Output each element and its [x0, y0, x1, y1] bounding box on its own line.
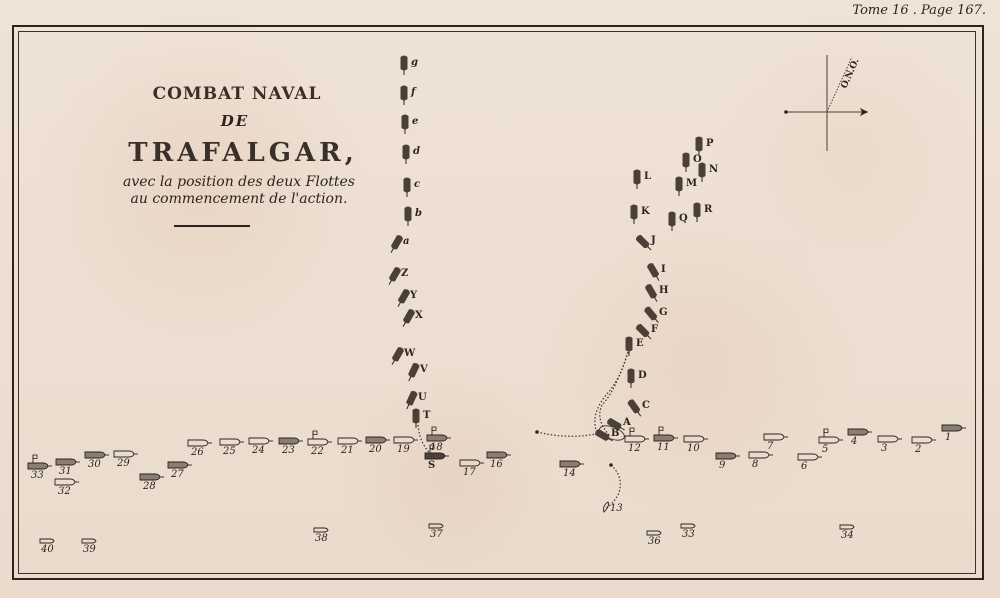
ship-label-1: 1 — [945, 432, 951, 443]
frigate-39 — [82, 539, 96, 543]
ship-label-L: L — [644, 171, 651, 182]
combined-fleet-ship-25 — [220, 439, 244, 445]
ship-label-K: K — [641, 206, 650, 217]
trafalgar-battle-map: Tome 16 . Page 167. COMBAT NAVAL DE TRAF… — [0, 0, 1000, 598]
ship-label-Z: Z — [401, 268, 408, 279]
ship-label-29: 29 — [117, 458, 130, 469]
ship-label-16: 16 — [490, 459, 503, 470]
combined-fleet-ship-17 — [460, 460, 484, 466]
ship-label-9: 9 — [719, 460, 725, 471]
flag-icon — [33, 455, 37, 459]
ship-label-6: 6 — [801, 461, 807, 472]
ship-label-20: 20 — [369, 444, 382, 455]
ship-label-W: W — [404, 348, 415, 359]
ship-label-e: e — [412, 116, 418, 127]
combined-fleet-ship-3 — [878, 436, 902, 442]
ship-label-23: 23 — [282, 445, 295, 456]
combined-fleet-ship-14 — [560, 461, 584, 467]
frigate-33 — [681, 524, 695, 528]
ship-label-T: T — [423, 410, 430, 421]
ship-label-30: 30 — [88, 459, 101, 470]
ship-label-31: 31 — [59, 466, 72, 477]
ship-label-14: 14 — [563, 468, 576, 479]
combined-fleet-ship-26 — [188, 440, 212, 446]
frigate-label-13: 13 — [610, 503, 623, 514]
ship-label-10: 10 — [687, 443, 700, 454]
ship-label-8: 8 — [752, 459, 758, 470]
british-ship-Q — [669, 212, 676, 232]
ship-label-7: 7 — [767, 441, 773, 452]
ship-label-A: A — [623, 417, 631, 428]
frigate-label-33: 33 — [682, 529, 695, 540]
frigate-label-37: 37 — [430, 529, 443, 540]
british-ship-T — [413, 409, 420, 429]
ship-label-S: S — [428, 460, 435, 471]
ship-label-H: H — [659, 285, 668, 296]
british-ship-a — [388, 234, 404, 254]
british-ship-X — [400, 308, 416, 328]
ship-label-I: I — [661, 264, 666, 275]
combined-fleet-ship-22 — [308, 431, 332, 445]
ship-label-33: 33 — [31, 470, 44, 481]
ship-label-N: N — [709, 164, 718, 175]
british-ship-R — [694, 203, 701, 223]
british-ship-M — [676, 177, 683, 197]
combined-fleet-ship-7 — [764, 434, 788, 440]
combined-fleet-ship-29 — [114, 451, 138, 457]
ship-label-26: 26 — [191, 447, 204, 458]
frigate-34 — [840, 525, 854, 529]
ship-label-V: V — [420, 364, 428, 375]
combined-fleet-ship-32 — [55, 479, 79, 485]
ship-label-22: 22 — [311, 446, 324, 457]
british-ship-U — [404, 390, 419, 411]
frigate-13 — [604, 502, 609, 512]
frigate-37 — [429, 524, 443, 528]
ship-label-X: X — [415, 310, 423, 321]
ship-label-R: R — [704, 204, 712, 215]
combined-fleet-ship-6 — [798, 454, 822, 460]
british-ship-e — [402, 115, 409, 135]
ship-label-f: f — [411, 87, 415, 98]
ship-label-4: 4 — [851, 436, 857, 447]
ship-label-J: J — [651, 235, 656, 246]
combined-fleet-ship-33 — [28, 455, 52, 469]
ship-label-25: 25 — [223, 446, 236, 457]
combined-fleet-ship-24 — [249, 438, 273, 444]
british-ship-W — [389, 346, 405, 366]
combined-fleet-ship-8 — [749, 452, 773, 458]
ship-label-g: g — [411, 57, 418, 68]
ship-label-d: d — [413, 146, 420, 157]
british-ship-L — [634, 170, 641, 190]
ship-label-O: O — [693, 154, 702, 165]
combined-fleet-ship-11 — [654, 427, 678, 441]
combined-fleet-ship-9 — [716, 453, 740, 459]
british-ship-D — [628, 369, 635, 389]
flag-icon — [824, 429, 828, 433]
ship-label-c: c — [414, 179, 420, 190]
ship-label-F: F — [651, 324, 658, 335]
british-ship-I — [646, 262, 662, 282]
combined-fleet-ship-16 — [487, 452, 511, 458]
frigate-label-36: 36 — [648, 536, 661, 547]
combined-fleet-ship-2 — [912, 437, 936, 443]
ship-label-2: 2 — [915, 444, 921, 455]
combined-fleet-ship-4 — [848, 429, 872, 435]
ship-label-Y: Y — [410, 290, 417, 301]
ship-label-Q: Q — [679, 213, 688, 224]
flag-icon — [313, 431, 317, 435]
ship-label-E: E — [636, 338, 644, 349]
ship-label-b: b — [415, 208, 422, 219]
combined-fleet-ship-1 — [942, 425, 966, 431]
british-ship-V — [406, 362, 421, 383]
british-ship-g — [401, 56, 408, 76]
combined-fleet-ship-21 — [338, 438, 362, 444]
frigate-label-34: 34 — [841, 530, 854, 541]
combined-fleet-ship-31 — [56, 459, 80, 465]
ship-label-P: P — [706, 138, 714, 149]
ship-label-28: 28 — [143, 481, 156, 492]
frigate-label-38: 38 — [315, 533, 328, 544]
ship-label-24: 24 — [252, 445, 265, 456]
fleet-layer — [0, 0, 1000, 598]
combined-fleet-ship-10 — [684, 436, 708, 442]
british-ship-O — [683, 153, 690, 173]
british-ship-f — [401, 86, 408, 106]
british-ship-Z — [386, 266, 402, 286]
ship-label-32: 32 — [58, 486, 71, 497]
british-ship-c — [404, 178, 411, 198]
frigate-38 — [314, 528, 328, 532]
flag-icon — [630, 428, 634, 432]
ship-label-U: U — [418, 392, 427, 403]
combined-fleet-ship-12 — [625, 428, 649, 442]
british-ship-N — [699, 163, 706, 183]
ship-label-11: 11 — [657, 442, 670, 453]
ship-label-B: B — [611, 428, 619, 439]
frigate-label-40: 40 — [41, 544, 54, 555]
combined-fleet-ship-19 — [394, 437, 418, 443]
ship-label-3: 3 — [881, 443, 887, 454]
combined-fleet-ship-27 — [168, 462, 192, 468]
ship-label-27: 27 — [171, 469, 184, 480]
british-ship-Y — [395, 288, 411, 308]
british-ship-b — [405, 207, 412, 227]
british-ship-E — [626, 337, 633, 357]
british-ship-H — [644, 283, 660, 303]
frigate-label-39: 39 — [83, 544, 96, 555]
ship-label-5: 5 — [822, 444, 828, 455]
ship-label-12: 12 — [628, 443, 641, 454]
ship-label-C: C — [642, 400, 650, 411]
ship-label-18: 18 — [430, 442, 443, 453]
british-ship-d — [403, 145, 410, 165]
frigate-40 — [40, 539, 54, 543]
ship-label-21: 21 — [341, 445, 354, 456]
ship-label-19: 19 — [397, 444, 410, 455]
combined-fleet-ship-18 — [427, 427, 451, 441]
flag-icon — [659, 427, 663, 431]
combined-fleet-ship-20 — [366, 437, 390, 443]
frigate-36 — [647, 531, 661, 535]
ship-label-G: G — [659, 307, 668, 318]
ship-label-D: D — [638, 370, 647, 381]
ship-label-17: 17 — [463, 467, 476, 478]
ship-label-M: M — [686, 178, 697, 189]
ship-label-a: a — [403, 236, 409, 247]
combined-fleet-ship-5 — [819, 429, 843, 443]
combined-fleet-ship-30 — [85, 452, 109, 458]
british-ship-K — [631, 205, 638, 225]
combined-fleet-ship-23 — [279, 438, 303, 444]
flag-icon — [432, 427, 436, 431]
combined-fleet-ship-28 — [140, 474, 164, 480]
